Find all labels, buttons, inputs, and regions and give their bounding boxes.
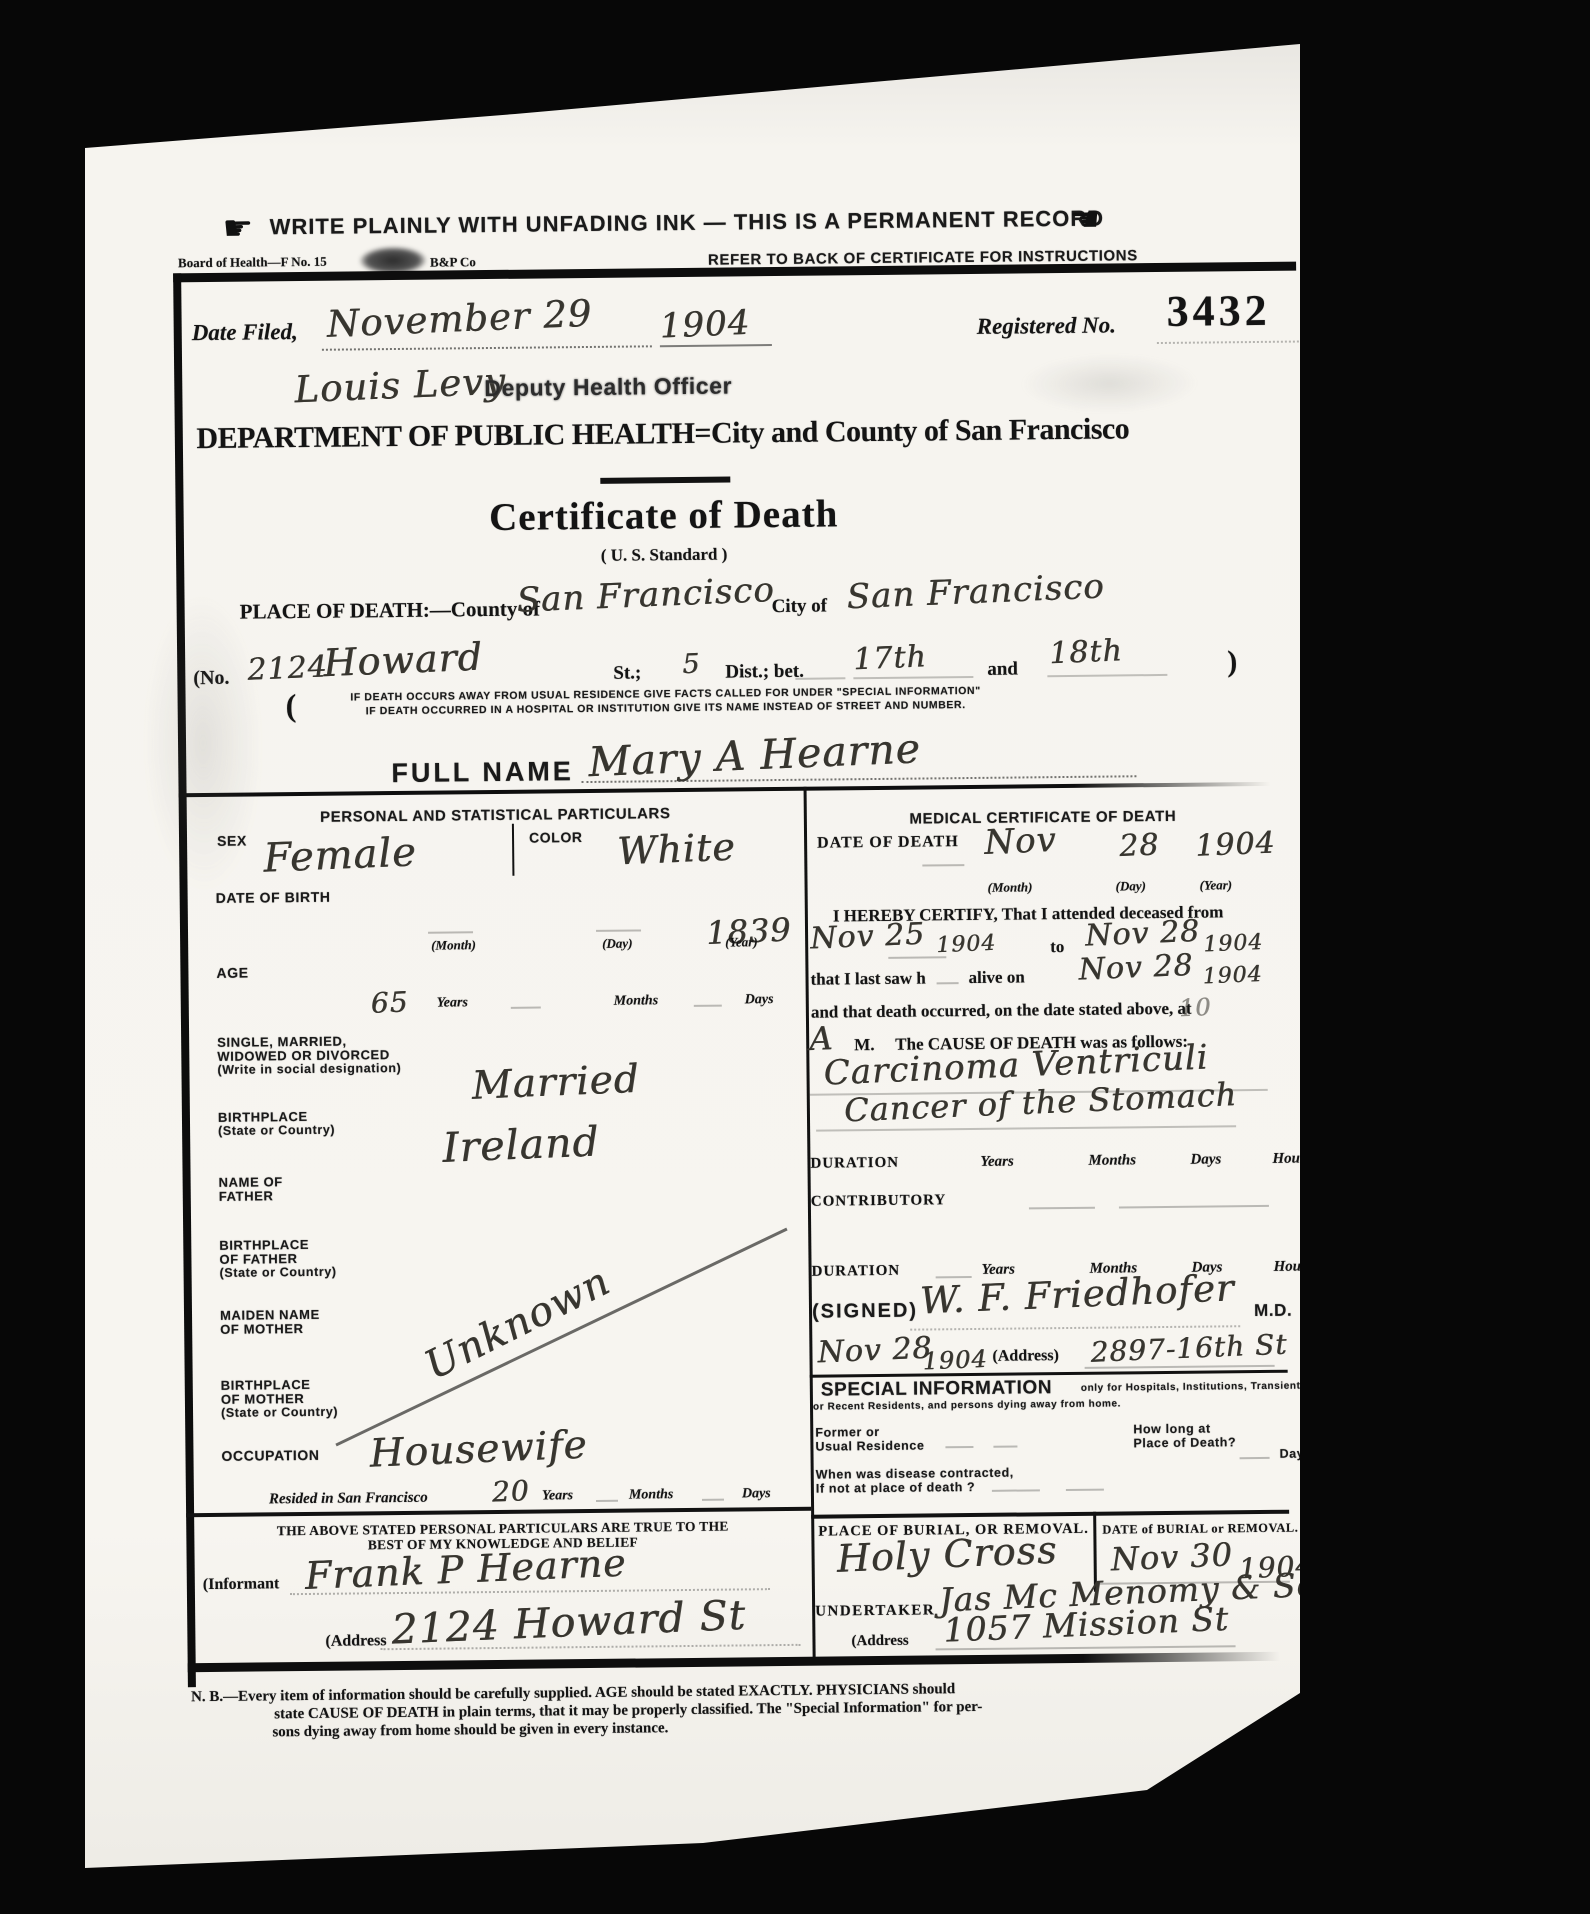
ruling: [937, 982, 959, 984]
death-occurred-label: and that death occurred, on the date sta…: [811, 999, 1192, 1023]
document-content: ☛ WRITE PLAINLY WITH UNFADING INK — THIS…: [76, 22, 1310, 1875]
date-of-death-label: DATE OF DEATH: [817, 833, 959, 852]
dob-year-label: (Year): [725, 934, 758, 950]
board-of-health-label2: B&P Co: [430, 254, 476, 270]
informant-label: (Informant: [203, 1575, 280, 1594]
dob-day-label: (Day): [602, 936, 632, 952]
to-label: to: [1050, 937, 1064, 957]
ruling: [993, 1446, 1017, 1448]
death-day-label: (Day): [1116, 878, 1146, 894]
certificate-title: Certificate of Death: [183, 488, 1143, 543]
city-value: San Francisco: [846, 567, 1106, 618]
and-label: and: [987, 658, 1018, 680]
city-of-label: City of: [772, 595, 828, 618]
registered-no-label: Registered No.: [977, 312, 1117, 339]
special-info-title: SPECIAL INFORMATION: [821, 1377, 1053, 1401]
last-saw-year: 1904: [1202, 962, 1263, 989]
county-value: San Francisco: [516, 570, 776, 621]
former-residence-label-1: Former or: [815, 1425, 880, 1440]
between-street-2: 18th: [1048, 633, 1123, 671]
alive-on-label: alive on: [968, 967, 1024, 988]
duration1-days: Days: [1190, 1151, 1221, 1168]
year-ruling: [660, 344, 772, 347]
ruling: [1119, 1205, 1269, 1209]
mother-birthplace-label-3: (State or Country): [221, 1405, 338, 1420]
age-days-label: Days: [745, 992, 774, 1008]
occupation-label: OCCUPATION: [221, 1447, 319, 1464]
title-divider: [600, 477, 730, 484]
place-of-burial-value: Holy Cross: [836, 1528, 1058, 1581]
date-filed-ruling: [322, 345, 652, 350]
contributory-label: CONTRIBUTORY: [811, 1192, 947, 1210]
death-month-label: (Month): [988, 879, 1033, 895]
pointing-hand-right-icon: ☛: [222, 208, 253, 248]
dist-bet-label: Dist.; bet.: [725, 661, 804, 684]
health-officer-title-stamp: Deputy Health Officer: [484, 372, 732, 402]
ruling: [945, 1446, 973, 1448]
close-paren: ): [1227, 645, 1237, 679]
birthplace-value: Ireland: [441, 1117, 600, 1172]
resided-months-label: Months: [629, 1487, 674, 1503]
special-info-subtitle-1: only for Hospitals, Institutions, Transi…: [1081, 1380, 1310, 1393]
former-residence-label-2: Usual Residence: [815, 1439, 924, 1454]
color-value: White: [616, 825, 736, 874]
undertaker-label: UNDERTAKER: [815, 1602, 935, 1620]
attended-from-year: 1904: [936, 931, 997, 958]
district-number: 5: [682, 649, 701, 681]
signed-label: (SIGNED): [812, 1300, 918, 1324]
attended-to-year: 1904: [1203, 930, 1264, 957]
columns-top-rule: [179, 782, 1271, 797]
footnote-line-3: sons dying away from home should be give…: [272, 1720, 668, 1741]
age-label: AGE: [216, 965, 248, 981]
registered-no-value: 3432: [1166, 285, 1271, 337]
ruling: [1066, 1489, 1104, 1491]
mother-name-label-2: OF MOTHER: [220, 1321, 304, 1337]
personal-section-header: PERSONAL AND STATISTICAL PARTICULARS: [187, 804, 804, 827]
certificate-form: Date Filed, November 29 1904 Registered …: [173, 262, 1311, 1688]
between-street-1: 17th: [852, 639, 927, 677]
unknown-strike-line: [335, 1228, 787, 1447]
marital-value: Married: [471, 1057, 641, 1109]
informant-address-label: (Address: [325, 1632, 386, 1651]
death-time-value: 10: [1178, 993, 1212, 1022]
place-of-death-label: PLACE OF DEATH:—County of: [240, 597, 541, 625]
duration1-hours: Hours: [1272, 1150, 1311, 1167]
full-name-value: Mary A Hearne: [587, 724, 921, 786]
ruling: [702, 1499, 724, 1501]
duration1-months: Months: [1088, 1152, 1136, 1169]
occupation-value: Housewife: [369, 1423, 589, 1477]
ruling: [992, 1489, 1040, 1492]
street-name: Howard: [322, 635, 483, 686]
age-value: 65: [370, 985, 409, 1020]
house-number: 2124: [247, 649, 329, 687]
duration2-hours: Hours: [1273, 1258, 1312, 1275]
color-label: COLOR: [529, 829, 583, 846]
dob-label: DATE OF BIRTH: [216, 889, 331, 906]
last-saw-date: Nov 28: [1078, 948, 1194, 988]
resided-years-value: 20: [491, 1474, 530, 1509]
date-filed-value: November 29: [326, 292, 593, 346]
date-filed-label: Date Filed,: [192, 319, 298, 346]
ruling: [596, 929, 641, 931]
resided-days-label: Days: [742, 1486, 771, 1502]
ruling: [853, 676, 973, 679]
disease-contracted-label-1: When was disease contracted,: [816, 1466, 1014, 1482]
special-info-subtitle-2: or Recent Residents, and persons dying a…: [813, 1398, 1121, 1412]
ruling: [910, 1325, 1240, 1330]
ruling: [795, 677, 845, 680]
us-standard-label: ( U. S. Standard ): [184, 540, 1144, 570]
certificate-scan-page: ☛ WRITE PLAINLY WITH UNFADING INK — THIS…: [85, 28, 1300, 1868]
date-filed-year: 1904: [659, 303, 751, 347]
death-month-value: Nov: [983, 820, 1057, 863]
signed-date-value: Nov 28: [817, 1331, 933, 1371]
age-years-label: Years: [437, 995, 468, 1011]
ruling: [694, 1005, 722, 1007]
ruling: [596, 1500, 618, 1502]
father-birthplace-label-3: (State or Country): [220, 1265, 337, 1280]
meridiem-value: A: [808, 1019, 834, 1058]
death-year-label: (Year): [1200, 877, 1233, 893]
date-of-burial-label: DATE of BURIAL or REMOVAL.: [1102, 1521, 1298, 1538]
death-year-value: 1904: [1194, 826, 1276, 864]
sex-color-divider: [512, 824, 515, 876]
how-long-label-2: Place of Death?: [1133, 1435, 1236, 1450]
banner-text: WRITE PLAINLY WITH UNFADING INK — THIS I…: [270, 206, 1105, 241]
ruling: [1047, 674, 1167, 677]
physician-signature: W. F. Friedhofer: [919, 1266, 1235, 1322]
duration-label-2: DURATION: [812, 1263, 901, 1281]
md-label: M.D.: [1254, 1301, 1293, 1321]
pointing-hand-left-icon: ☚: [1069, 200, 1100, 240]
physician-address-label: (Address): [992, 1347, 1059, 1366]
duration1-years: Years: [980, 1154, 1014, 1171]
sex-value: Female: [262, 829, 417, 881]
attended-from-date: Nov 25: [809, 917, 925, 957]
how-long-label-1: How long at: [1133, 1422, 1211, 1437]
full-name-label: FULL NAME: [391, 756, 574, 789]
ruling: [1240, 1457, 1270, 1459]
physician-address-value: 2897-16th St: [1090, 1328, 1288, 1369]
form-bottom-rule: [188, 1652, 1280, 1672]
ruling: [428, 931, 473, 933]
undertaker-address-label: (Address: [851, 1633, 908, 1651]
board-of-health-label: Board of Health—F No. 15: [178, 254, 327, 272]
health-officer-signature: Louis Levy: [293, 360, 506, 412]
birthplace-label-2: (State or Country): [218, 1123, 335, 1138]
ruling: [511, 1007, 541, 1009]
burial-section-rule: [811, 1510, 1289, 1519]
dob-month-label: (Month): [431, 937, 476, 953]
resided-label: Resided in San Francisco: [269, 1490, 428, 1509]
last-saw-label: that I last saw h: [810, 968, 925, 989]
duration-label-1: DURATION: [810, 1155, 899, 1173]
marital-label-3: (Write in social designation): [217, 1061, 401, 1077]
registered-ruling: [1157, 340, 1307, 344]
st-label: St.;: [613, 662, 641, 684]
age-months-label: Months: [614, 993, 659, 1009]
ruling: [922, 864, 964, 866]
ruling: [1029, 1207, 1095, 1210]
resided-years-label: Years: [542, 1488, 573, 1504]
signed-year-value: 1904: [922, 1345, 988, 1376]
death-day-value: 28: [1118, 827, 1160, 864]
special-days-label: Days: [1279, 1446, 1311, 1460]
disease-contracted-label-2: If not at place of death ?: [816, 1480, 975, 1496]
father-name-label-2: FATHER: [219, 1188, 274, 1204]
department-title: DEPARTMENT OF PUBLIC HEALTH=City and Cou…: [183, 412, 1143, 456]
